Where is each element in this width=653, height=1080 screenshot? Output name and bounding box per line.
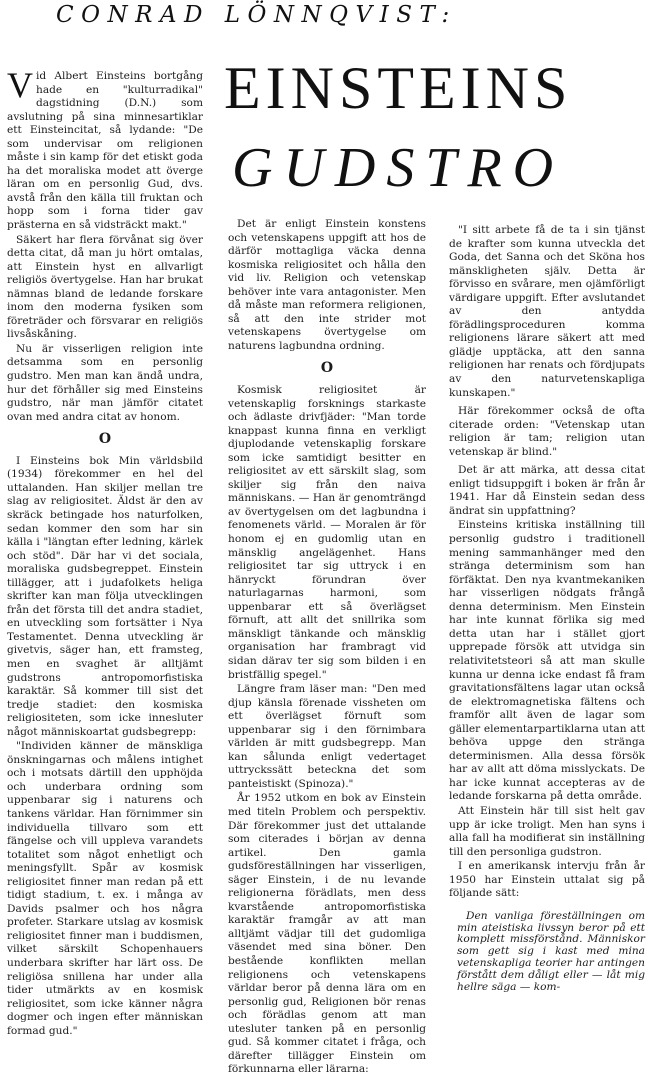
author-byline: CONRAD LÖNNQVIST: bbox=[56, 2, 457, 28]
paragraph-text: id Albert Einsteins bortgång hade en "ku… bbox=[7, 70, 203, 231]
article-column-2: Det är enligt Einstein konstens och vete… bbox=[228, 218, 426, 1077]
paragraph: I Einsteins bok Min världsbild (1934) fö… bbox=[7, 455, 203, 739]
paragraph: Nu är visserligen religion inte detsamma… bbox=[7, 343, 203, 424]
headline-line-1: EINSTEINS bbox=[224, 58, 572, 118]
article-column-1: Vid Albert Einsteins bortgång hade en "k… bbox=[7, 70, 203, 1038]
paragraph: Kosmisk religiositet är vetenskaplig for… bbox=[228, 384, 426, 682]
section-separator: O bbox=[228, 362, 426, 376]
paragraph: Vid Albert Einsteins bortgång hade en "k… bbox=[7, 70, 203, 233]
block-quote: Den vanliga föreställningen om min ateis… bbox=[457, 911, 645, 994]
paragraph: "I sitt arbete få de ta i sin tjänst de … bbox=[449, 224, 645, 400]
paragraph: Det är att märka, att dessa citat enligt… bbox=[449, 464, 645, 518]
drop-cap: V bbox=[7, 71, 33, 99]
paragraph: Längre fram läser man: "Den med djup kän… bbox=[228, 683, 426, 791]
paragraph: Här förekommer också de ofta citerade or… bbox=[449, 405, 645, 459]
paragraph: År 1952 utkom en bok av Einstein med tit… bbox=[228, 792, 426, 1076]
paragraph: "Individen känner de mänskliga önskninga… bbox=[7, 740, 203, 1038]
paragraph: Att Einstein här till sist helt gav upp … bbox=[449, 805, 645, 859]
paragraph: Einsteins kritiska inställning till pers… bbox=[449, 519, 645, 803]
article-column-3: "I sitt arbete få de ta i sin tjänst de … bbox=[449, 224, 645, 993]
section-separator: O bbox=[7, 433, 203, 447]
paragraph: I en amerikansk intervju från år 1950 ha… bbox=[449, 860, 645, 901]
paragraph: Säkert har flera förvånat sig över detta… bbox=[7, 234, 203, 342]
headline-line-2: GUDSTRO bbox=[232, 140, 564, 196]
paragraph: Det är enligt Einstein konstens och vete… bbox=[228, 218, 426, 353]
